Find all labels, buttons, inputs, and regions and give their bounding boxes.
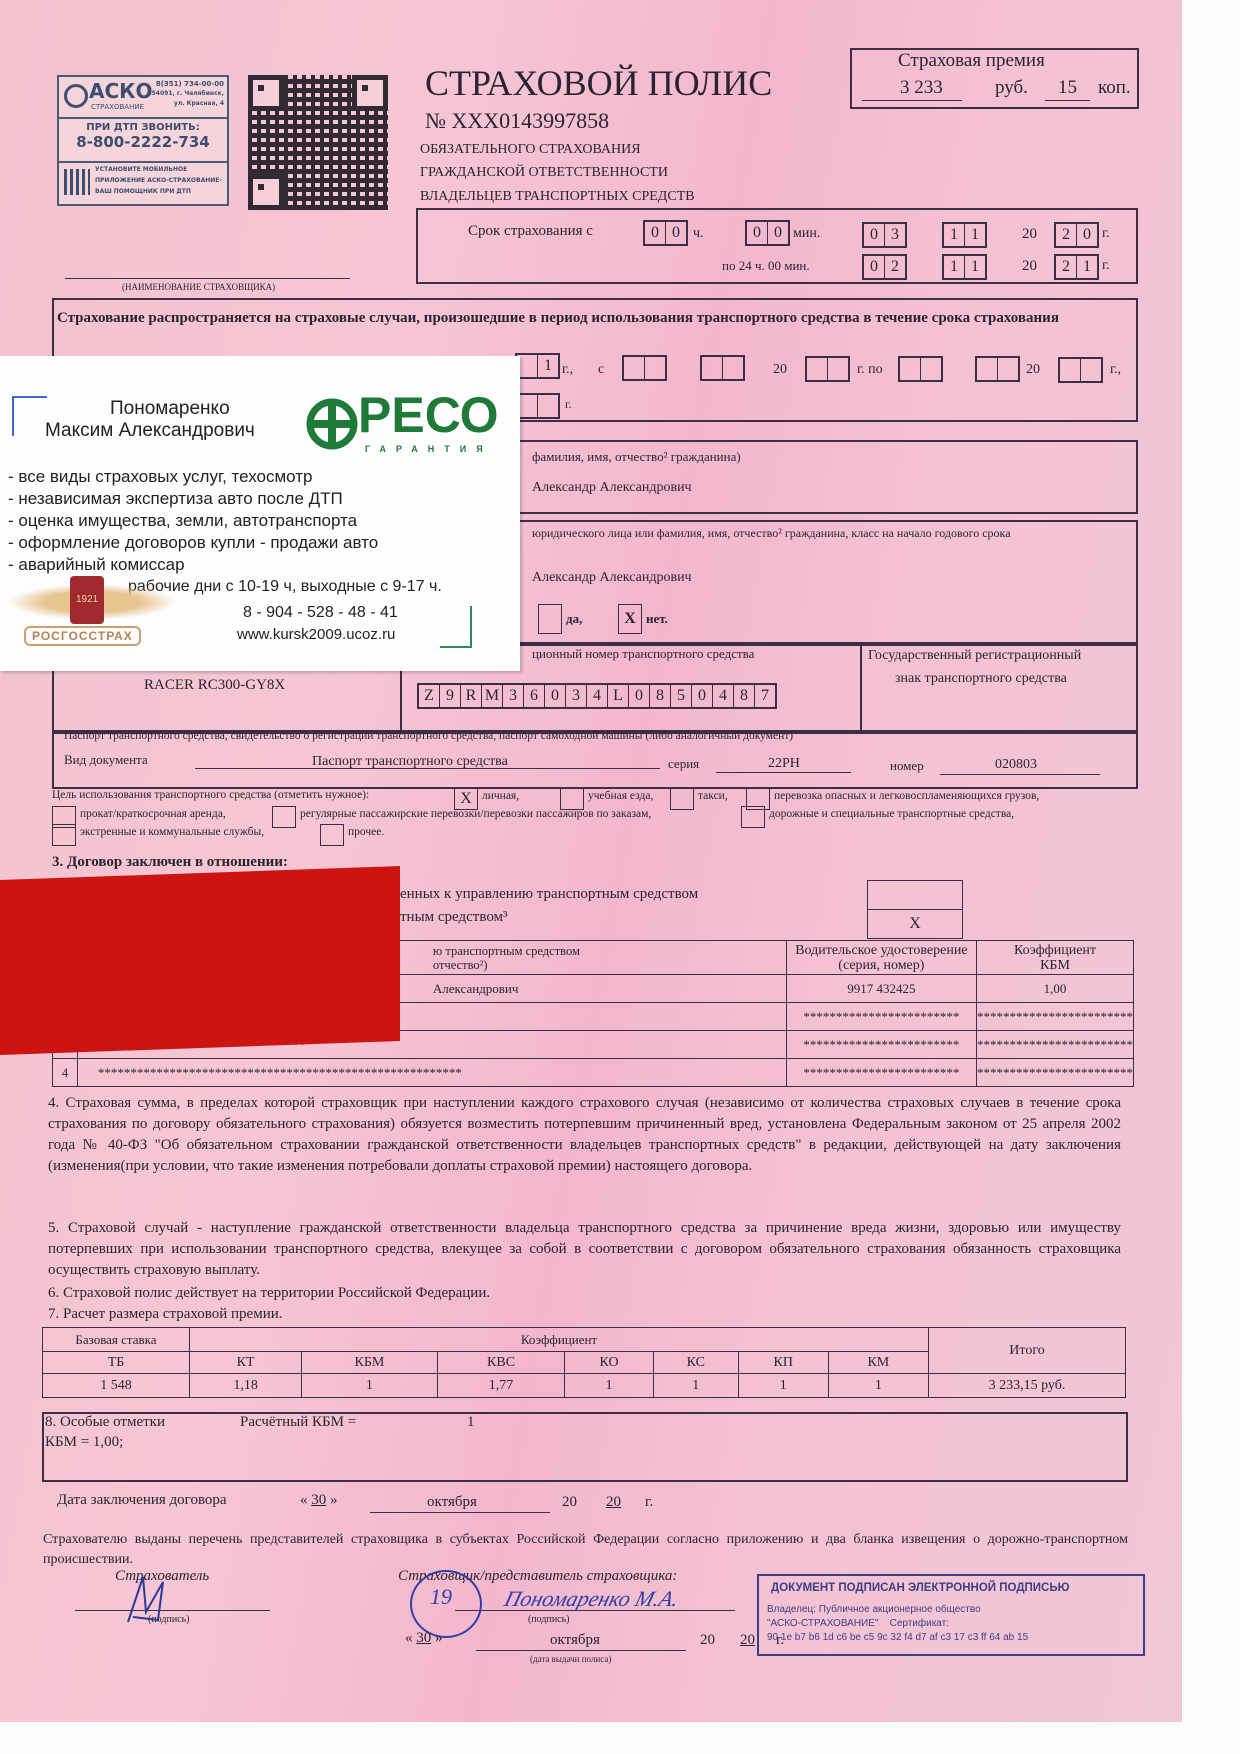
- period-to-label: г. по: [857, 362, 883, 378]
- calc-value: 1,18: [190, 1374, 302, 1398]
- table-row: 4***************************************…: [53, 1059, 1134, 1087]
- driver-kbm: 1,00: [977, 975, 1134, 1003]
- clause-5: 5. Страховой случай - наступление гражда…: [48, 1218, 1121, 1281]
- premium-label: Страховая премия: [898, 50, 1045, 72]
- insurant-caption: фамилия, имя, отчество² гражданина): [532, 449, 741, 465]
- purpose-checkbox[interactable]: [741, 806, 765, 828]
- special-notes-box: [42, 1412, 1128, 1482]
- purpose-option-label: личная,: [482, 790, 519, 802]
- vin-char: 8: [734, 685, 755, 707]
- conclusion-year-label: г.: [645, 1494, 653, 1511]
- calc-header: КС: [653, 1352, 738, 1374]
- issue-century: 20: [700, 1632, 715, 1649]
- plate-label: Государственный регистрационный: [868, 648, 1081, 664]
- calc-value: 1: [738, 1374, 828, 1398]
- document-caption: Паспорт транспортного средства, свидетел…: [64, 730, 793, 742]
- calc-value: 1,77: [437, 1374, 565, 1398]
- clause-6: 6. Страховой полис действует на территор…: [48, 1285, 490, 1302]
- red-tape-overlay: [0, 866, 400, 1055]
- purpose-option-label: дорожные и специальные транспортные сред…: [769, 808, 1014, 820]
- period-last-label: г.: [565, 397, 572, 412]
- vin-char: 0: [545, 685, 566, 707]
- calc-header: КО: [565, 1352, 653, 1374]
- asko-address-2: ул. Красная, 4: [174, 100, 224, 107]
- card-services: - все виды страховых услуг, техосмотр- н…: [8, 466, 378, 576]
- vin-char: 5: [671, 685, 692, 707]
- card-service-item: - оформление договоров купли - продажи а…: [8, 532, 378, 554]
- vin-char: L: [608, 685, 629, 707]
- insurant-name: Александр Александрович: [532, 480, 692, 496]
- calc-total: 3 233,15 руб.: [929, 1374, 1126, 1398]
- purpose-option-label: прочее.: [348, 826, 384, 838]
- premium-rubles: 3 233: [900, 77, 943, 99]
- term-from-year: 20: [1054, 222, 1099, 248]
- driver-num: 4: [53, 1059, 78, 1087]
- term-to-year: 21: [1054, 254, 1099, 280]
- purpose-option-label: прокат/краткосрочная аренда,: [80, 808, 226, 820]
- premium-kop-label: коп.: [1098, 77, 1131, 99]
- document-type-label: Вид документа: [64, 752, 148, 768]
- usage-period-heading: Страхование распространяется на страховы…: [57, 308, 1132, 329]
- clause-7: 7. Расчет размера страховой премии.: [48, 1306, 283, 1323]
- period-from-day: [622, 355, 667, 381]
- clause-4: 4. Страховая сумма, в пределах которой с…: [48, 1093, 1121, 1177]
- conclusion-day: « 30 »: [300, 1492, 338, 1509]
- reso-logo-icon: [304, 396, 360, 452]
- driver-license: ************************: [786, 1059, 976, 1087]
- premium-kop-line: [1045, 100, 1090, 101]
- conclusion-month: октября: [427, 1494, 477, 1511]
- term-hours: 00: [643, 220, 688, 246]
- calc-value: 1 548: [43, 1374, 190, 1398]
- insurer-name-caption: (НАИМЕНОВАНИЕ СТРАХОВЩИКА): [122, 282, 275, 292]
- contract-heading: 3. Договор заключен в отношении:: [52, 854, 288, 871]
- calc-header: ТБ: [43, 1352, 190, 1374]
- vin-char: R: [461, 685, 482, 707]
- from-century: 20: [1022, 226, 1037, 243]
- calc-value: 1: [828, 1374, 928, 1398]
- driver-license: 9917 432425: [786, 975, 976, 1003]
- plate-label-2: знак транспортного средства: [895, 671, 1067, 687]
- driver-name: ****************************************…: [77, 1059, 786, 1087]
- calc-value: 1: [565, 1374, 653, 1398]
- purpose-checkbox[interactable]: [52, 824, 76, 846]
- owner-no-label: нет.: [646, 611, 668, 627]
- conclusion-year: 20: [606, 1494, 621, 1511]
- calc-kbm-label: Расчётный КБМ =: [240, 1414, 356, 1431]
- period-year-label: г.,: [562, 362, 573, 378]
- asko-address: 454091, г. Челябинск,: [147, 90, 224, 97]
- rosgosstrakh-brand: РОСГОССТРАХ: [24, 626, 141, 646]
- vin-cells: Z9RM36034L0850487: [417, 683, 777, 709]
- period-end-label: г.,: [1110, 362, 1121, 378]
- purpose-checkbox[interactable]: [560, 788, 584, 810]
- insurer-badge: АСКО СТРАХОВАНИЕ 8(351) 734-00-00 454091…: [57, 75, 229, 206]
- electronic-signature-box: ДОКУМЕНТ ПОДПИСАН ЭЛЕКТРОННОЙ ПОДПИСЬЮ В…: [757, 1574, 1145, 1656]
- term-from-day: 03: [862, 222, 907, 248]
- to-century: 20: [1022, 258, 1037, 275]
- calc-value: 1: [653, 1374, 738, 1398]
- purpose-label: Цель использования транспортного средств…: [52, 789, 369, 801]
- term-to-month: 11: [942, 254, 987, 280]
- subtitle-line-1: ОБЯЗАТЕЛЬНОГО СТРАХОВАНИЯ: [420, 142, 641, 158]
- card-service-item: - оценка имущества, земли, автотранспорт…: [8, 510, 378, 532]
- calc-header: КТ: [190, 1352, 302, 1374]
- owner-no-checkbox[interactable]: X: [618, 604, 642, 634]
- document-number-value: 020803: [995, 757, 1037, 773]
- reso-brand: РЕСО: [358, 386, 498, 444]
- vin-label: ционный номер транспортного средства: [532, 646, 754, 662]
- stamp-number: 19: [430, 1584, 452, 1610]
- to-year-label: г.: [1102, 258, 1110, 274]
- vehicle-model: RACER RC300-GY8X: [144, 677, 285, 694]
- period-century: 20: [773, 362, 787, 378]
- qr-code: [248, 75, 388, 210]
- app-qr-icon: [64, 169, 90, 195]
- driver-kbm: ************************: [977, 1059, 1134, 1087]
- app-promo: УСТАНОВИТЕ МОБИЛЬНОЕ: [95, 166, 187, 173]
- purpose-option-label: регулярные пассажирские перевозки/перево…: [300, 808, 651, 820]
- premium-rub-line: [862, 100, 962, 101]
- card-hours: рабочие дни с 10-19 ч, выходные с 9-17 ч…: [128, 578, 442, 596]
- rosgosstrakh-year: 1921: [76, 594, 98, 605]
- purpose-checkbox[interactable]: X: [454, 788, 478, 810]
- conclusion-date-label: Дата заключения договора: [57, 1492, 227, 1509]
- vin-char: M: [482, 685, 503, 707]
- card-service-item: - аварийный комиссар: [8, 554, 378, 576]
- owner-caption: юридического лица или фамилия, имя, отче…: [532, 526, 1011, 541]
- purpose-checkbox[interactable]: [272, 806, 296, 828]
- purpose-option-label: экстренные и коммунальные службы,: [80, 826, 264, 838]
- driver-kbm: ************************: [977, 1003, 1134, 1031]
- conclusion-century: 20: [562, 1494, 577, 1511]
- document-number-label: номер: [890, 758, 924, 774]
- asko-brand: АСКО: [89, 79, 153, 103]
- insurer-signature: Пономаренко М.А.: [502, 1586, 682, 1612]
- document-series-value: 22PH: [768, 756, 800, 772]
- owner-yes-label: да,: [566, 611, 582, 627]
- calc-kbm-value: 1: [467, 1414, 475, 1431]
- app-promo-2: ПРИЛОЖЕНИЕ АСКО-СТРАХОВАНИЕ-: [95, 177, 222, 184]
- driver-license: ************************: [786, 1031, 976, 1059]
- purpose-option-label: учебная езда,: [588, 790, 653, 802]
- contract-option-1-checkbox[interactable]: [867, 880, 963, 910]
- vin-char: 4: [587, 685, 608, 707]
- issued-documents-text: Страхователю выданы перечень представите…: [43, 1530, 1128, 1570]
- calc-header: КВС: [437, 1352, 565, 1374]
- asko-logo-icon: [64, 84, 88, 108]
- vin-char: 4: [713, 685, 734, 707]
- accident-label: ПРИ ДТП ЗВОНИТЬ:: [59, 119, 227, 133]
- period-to-year: [1058, 357, 1103, 383]
- e-signature-title: ДОКУМЕНТ ПОДПИСАН ЭЛЕКТРОННОЙ ПОДПИСЬЮ: [771, 1582, 1069, 1594]
- document-series-label: серия: [668, 756, 699, 772]
- e-signature-owner: Владелец: Публичное акционерное общество: [767, 1604, 981, 1615]
- insurant-signature: [118, 1572, 178, 1627]
- minutes-label: мин.: [793, 226, 820, 242]
- calc-value: 1: [302, 1374, 438, 1398]
- period-century-2: 20: [1026, 362, 1040, 378]
- vin-char: 8: [650, 685, 671, 707]
- from-year-label: г.: [1102, 226, 1110, 242]
- period-cells-b: [515, 393, 560, 419]
- page-title: СТРАХОВОЙ ПОЛИС: [425, 62, 772, 104]
- calc-header: КМ: [828, 1352, 928, 1374]
- period-to-month: [975, 356, 1020, 382]
- purpose-checkbox[interactable]: [320, 824, 344, 846]
- insurer-name-line: [65, 278, 350, 279]
- issue-day: « 30 »: [405, 1630, 443, 1647]
- accident-phone: 8-800-2222-734: [59, 133, 227, 151]
- vin-char: 0: [692, 685, 713, 707]
- card-website: www.kursk2009.ucoz.ru: [237, 626, 395, 643]
- premium-kopecks: 15: [1058, 77, 1077, 99]
- issue-year: 20: [740, 1632, 755, 1649]
- vin-char: 3: [503, 685, 524, 707]
- period-from-year: [805, 356, 850, 382]
- issue-month: октября: [550, 1632, 600, 1649]
- vin-char: Z: [419, 685, 440, 707]
- purpose-checkbox[interactable]: [670, 788, 694, 810]
- business-card: Пономаренко Максим Александрович РЕСО ГА…: [0, 356, 520, 671]
- term-minutes: 00: [745, 220, 790, 246]
- calc-header: КП: [738, 1352, 828, 1374]
- notes-kbm-line: КБМ = 1,00;: [45, 1434, 123, 1451]
- vin-char: 6: [524, 685, 545, 707]
- agent-surname: Пономаренко: [110, 398, 230, 420]
- period-to-day: [898, 356, 943, 382]
- card-phone: 8 - 904 - 528 - 48 - 41: [243, 604, 398, 622]
- policy-number: № XXX0143997858: [425, 108, 609, 134]
- period-from-label: с: [598, 362, 604, 378]
- app-promo-3: ВАШ ПОМОЩНИК ПРИ ДТП: [95, 188, 191, 195]
- purpose-option-label: перевозка опасных и легковоспламеняющихс…: [774, 790, 1039, 802]
- card-service-item: - независимая экспертиза авто после ДТП: [8, 488, 378, 510]
- owner-yes-checkbox[interactable]: [538, 604, 562, 634]
- term-to-label: по 24 ч. 00 мин.: [722, 258, 810, 274]
- term-from-month: 11: [942, 222, 987, 248]
- e-signature-company-line: "АСКО-СТРАХОВАНИЕ" Сертификат:: [767, 1618, 949, 1629]
- term-from-label: Срок страхования с: [468, 223, 593, 240]
- contract-option-2-checkbox[interactable]: X: [867, 909, 963, 939]
- term-to-day: 02: [862, 254, 907, 280]
- hours-label: ч.: [693, 226, 704, 242]
- subtitle-line-2: ГРАЖДАНСКОЙ ОТВЕТСТВЕННОСТИ: [420, 165, 668, 181]
- e-signature-certificate: 90 1e b7 b6 1d c6 be c5 9c 32 f4 d7 af c…: [767, 1632, 1028, 1643]
- document-type-value: Паспорт транспортного средства: [312, 754, 508, 770]
- purpose-option-label: такси,: [698, 790, 728, 802]
- asko-brand-sub: СТРАХОВАНИЕ: [91, 103, 144, 111]
- agent-name: Максим Александрович: [45, 420, 255, 442]
- card-service-item: - все виды страховых услуг, техосмотр: [8, 466, 378, 488]
- premium-rub-label: руб.: [995, 77, 1028, 99]
- period-from-month: [700, 355, 745, 381]
- premium-calc-table: Базовая ставка Коэффициент Итого ТБКТКБМ…: [42, 1327, 1126, 1398]
- vin-char: 7: [755, 685, 775, 707]
- contract-option-1: енных к управлению транспортным средство…: [400, 886, 698, 903]
- vin-char: 3: [566, 685, 587, 707]
- usage-period-cells-a: 1: [515, 353, 560, 379]
- owner-name: Александр Александрович: [532, 570, 692, 586]
- vin-char: 9: [440, 685, 461, 707]
- reso-brand-sub: ГАРАНТИЯ: [365, 444, 493, 454]
- notes-label: 8. Особые отметки: [45, 1414, 165, 1431]
- issue-date-caption: (дата выдачи полиса): [530, 1654, 611, 1664]
- subtitle-line-3: ВЛАДЕЛЬЦЕВ ТРАНСПОРТНЫХ СРЕДСТВ: [420, 189, 695, 205]
- driver-kbm: ************************: [977, 1031, 1134, 1059]
- asko-phone: 8(351) 734-00-00: [156, 80, 224, 88]
- contract-option-2: тным средством³: [400, 909, 508, 926]
- vin-char: 0: [629, 685, 650, 707]
- insurer-sign-caption: (подпись): [528, 1614, 570, 1625]
- driver-license: ************************: [786, 1003, 976, 1031]
- calc-header: КБМ: [302, 1352, 438, 1374]
